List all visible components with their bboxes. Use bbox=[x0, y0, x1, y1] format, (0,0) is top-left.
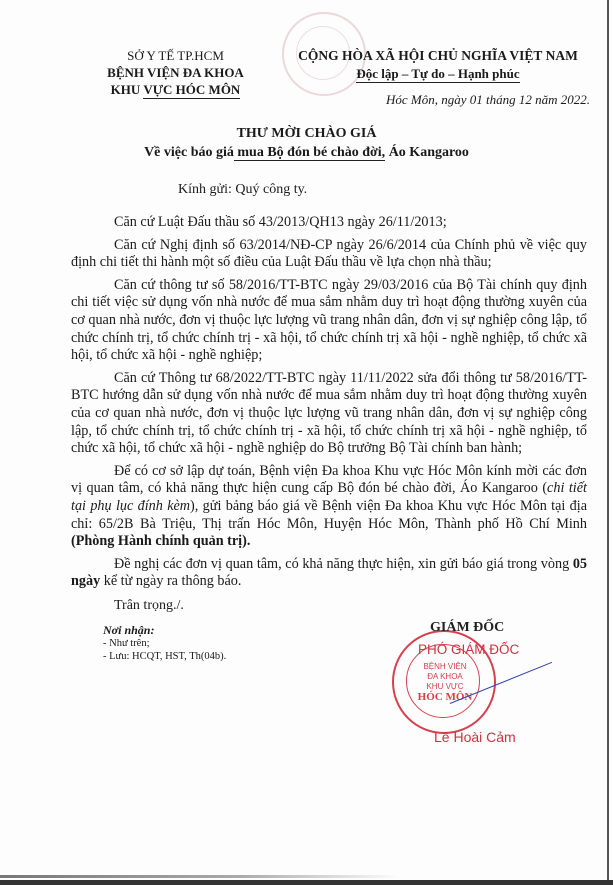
recipients: Nơi nhận: - Như trên; - Lưu: HCQT, HST, … bbox=[103, 624, 226, 663]
national-motto: Độc lập – Tự do – Hạnh phúc bbox=[288, 65, 588, 83]
signer-title: GIÁM ĐỐC bbox=[430, 620, 504, 636]
recipient-item: - Lưu: HCQT, HST, Th(04b). bbox=[103, 650, 226, 663]
hospital-name: BỆNH VIỆN ĐA KHOA bbox=[88, 64, 263, 81]
recipient-item: - Như trên; bbox=[103, 637, 226, 650]
closing: Trân trọng./. bbox=[114, 598, 184, 614]
department-name: SỞ Y TẾ TP.HCM bbox=[88, 47, 263, 64]
invitation-paragraph: Để có cơ sở lập dự toán, Bệnh viện Đa kh… bbox=[71, 463, 587, 551]
legal-basis-4: Căn cứ Thông tư 68/2022/TT-BTC ngày 11/1… bbox=[71, 370, 587, 458]
document-title: THƯ MỜI CHÀO GIÁ bbox=[0, 126, 613, 142]
greeting: Kính gửi: Quý công ty. bbox=[178, 182, 307, 198]
request-paragraph: Đề nghị các đơn vị quan tâm, có khả năng… bbox=[71, 556, 587, 591]
hospital-area: KHU VỰC HÓC MÔN bbox=[88, 81, 263, 98]
legal-basis-3: Căn cứ thông tư số 58/2016/TT-BTC ngày 2… bbox=[71, 277, 587, 365]
document-page: SỞ Y TẾ TP.HCM BỆNH VIỆN ĐA KHOA KHU VỰC… bbox=[0, 0, 607, 880]
recipients-label: Nơi nhận: bbox=[103, 624, 226, 637]
document-date: Hóc Môn, ngày 01 tháng 12 năm 2022. bbox=[360, 92, 590, 108]
issuer-header: SỞ Y TẾ TP.HCM BỆNH VIỆN ĐA KHOA KHU VỰC… bbox=[88, 47, 263, 98]
legal-basis-2: Căn cứ Nghị định số 63/2014/NĐ-CP ngày 2… bbox=[71, 237, 587, 272]
document-subtitle: Về việc báo giá mua Bộ đón bé chào đời, … bbox=[0, 145, 613, 161]
bottom-border bbox=[0, 880, 613, 885]
signature-block: BỆNH VIỆN ĐA KHOA KHU VỰC HÓC MÔN GIÁM Đ… bbox=[390, 618, 580, 748]
legal-basis-1: Căn cứ Luật Đấu thầu số 43/2013/QH13 ngà… bbox=[71, 214, 587, 232]
national-header: CỘNG HÒA XÃ HỘI CHỦ NGHĨA VIỆT NAM Độc l… bbox=[288, 47, 588, 83]
document-body: Căn cứ Luật Đấu thầu số 43/2013/QH13 ngà… bbox=[71, 214, 587, 596]
nation-name: CỘNG HÒA XÃ HỘI CHỦ NGHĨA VIỆT NAM bbox=[288, 47, 588, 65]
signer-name: Lê Hoài Cảm bbox=[434, 729, 516, 745]
signer-deputy-title: PHÓ GIÁM ĐỐC bbox=[418, 642, 519, 657]
page-edge bbox=[607, 0, 609, 880]
scan-shadow bbox=[0, 875, 400, 878]
